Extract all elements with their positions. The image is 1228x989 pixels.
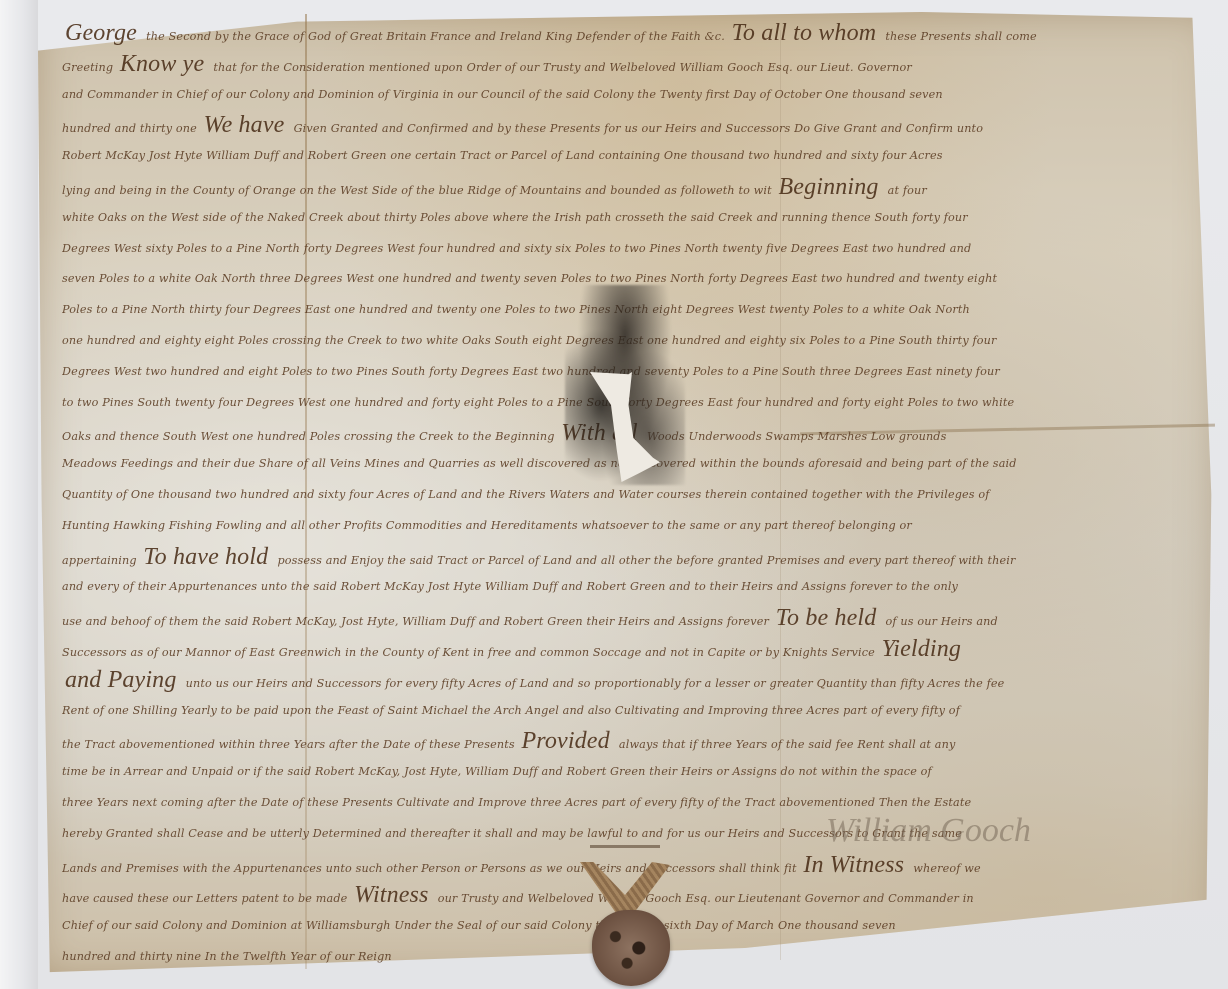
- line-text: our Trusty and Welbeloved William Gooch …: [438, 892, 974, 905]
- line-text: Quantity of One thousand two hundred and…: [62, 488, 990, 501]
- engrossed-heading: and Paying: [62, 667, 186, 693]
- line-text: Poles to a Pine North thirty four Degree…: [62, 303, 970, 316]
- line-text: and Commander in Chief of our Colony and…: [62, 88, 943, 101]
- line-text: at four: [888, 184, 927, 197]
- line-text: seven Poles to a white Oak North three D…: [62, 272, 997, 285]
- text-line: appertaining To have hold possess and En…: [62, 542, 1202, 573]
- line-text: appertaining: [62, 554, 140, 567]
- line-text: Chief of our said Colony and Dominion at…: [62, 919, 896, 932]
- line-text: unto us our Heirs and Successors for eve…: [186, 677, 1005, 690]
- text-line: three Years next coming after the Date o…: [62, 788, 1202, 819]
- text-line: George the Second by the Grace of God of…: [62, 18, 1202, 49]
- line-text: Greeting: [62, 61, 117, 74]
- text-line: and every of their Appurtenances unto th…: [62, 572, 1202, 603]
- engrossed-heading: Yielding: [879, 636, 964, 662]
- text-line: Successors as of our Mannor of East Gree…: [62, 634, 1202, 665]
- seal-slit: [590, 845, 660, 848]
- text-line: use and behoof of them the said Robert M…: [62, 603, 1202, 634]
- line-text: Rent of one Shilling Yearly to be paid u…: [62, 704, 960, 717]
- text-line: Hunting Hawking Fishing Fowling and all …: [62, 511, 1202, 542]
- line-text: these Presents shall come: [885, 30, 1036, 43]
- text-line: and Paying unto us our Heirs and Success…: [62, 665, 1202, 696]
- text-line: and Commander in Chief of our Colony and…: [62, 80, 1202, 111]
- line-text: that for the Consideration mentioned upo…: [213, 61, 912, 74]
- governor-signature: William Gooch: [826, 812, 1031, 850]
- line-text: and every of their Appurtenances unto th…: [62, 580, 958, 593]
- line-text: Successors as of our Mannor of East Gree…: [62, 646, 879, 659]
- text-line: Lands and Premises with the Appurtenance…: [62, 850, 1202, 881]
- line-text: Robert McKay Jost Hyte William Duff and …: [62, 149, 943, 162]
- text-line: Greeting Know ye that for the Considerat…: [62, 49, 1202, 80]
- line-text: Meadows Feedings and their due Share of …: [62, 457, 1017, 470]
- line-text: hundred and thirty nine In the Twelfth Y…: [62, 950, 392, 963]
- text-line: white Oaks on the West side of the Naked…: [62, 203, 1202, 234]
- text-line: lying and being in the County of Orange …: [62, 172, 1202, 203]
- line-text: whereof we: [913, 862, 981, 875]
- engrossed-heading: To all to whom: [729, 20, 886, 46]
- engrossed-heading: Beginning: [776, 174, 888, 200]
- line-text: use and behoof of them the said Robert M…: [62, 615, 773, 628]
- line-text: lying and being in the County of Orange …: [62, 184, 776, 197]
- engrossed-heading: Provided: [518, 728, 618, 754]
- line-text: time be in Arrear and Unpaid or if the s…: [62, 765, 932, 778]
- engrossed-heading: Know ye: [117, 51, 214, 77]
- line-text: Degrees West sixty Poles to a Pine North…: [62, 242, 971, 255]
- line-text: Given Granted and Confirmed and by these…: [294, 122, 984, 135]
- engrossed-heading: To be held: [773, 605, 886, 631]
- line-text: Degrees West two hundred and eight Poles…: [62, 365, 1000, 378]
- line-text: white Oaks on the West side of the Naked…: [62, 211, 968, 224]
- engrossed-heading: In Witness: [800, 852, 913, 878]
- frame-glass-edge: [0, 0, 38, 989]
- line-text: hundred and thirty one: [62, 122, 201, 135]
- grant-text: George the Second by the Grace of God of…: [62, 18, 1202, 973]
- line-text: three Years next coming after the Date o…: [62, 796, 971, 809]
- engrossed-heading: To have hold: [140, 544, 277, 570]
- line-text: Oaks and thence South West one hundred P…: [62, 430, 558, 443]
- line-text: possess and Enjoy the said Tract or Parc…: [277, 554, 1015, 567]
- line-text: have caused these our Letters patent to …: [62, 892, 351, 905]
- line-text: Woods Underwoods Swamps Marshes Low grou…: [647, 430, 947, 443]
- line-text: Lands and Premises with the Appurtenance…: [62, 862, 800, 875]
- line-text: the Second by the Grace of God of Great …: [146, 30, 728, 43]
- text-line: Degrees West sixty Poles to a Pine North…: [62, 234, 1202, 265]
- engrossed-heading: We have: [201, 112, 294, 138]
- line-text: the Tract abovementioned within three Ye…: [62, 738, 518, 751]
- line-text: to two Pines South twenty four Degrees W…: [62, 396, 1014, 409]
- wax-seal-icon: [592, 910, 670, 986]
- engrossed-heading: George: [62, 20, 146, 46]
- text-line: Robert McKay Jost Hyte William Duff and …: [62, 141, 1202, 172]
- text-line: Rent of one Shilling Yearly to be paid u…: [62, 696, 1202, 727]
- text-line: the Tract abovementioned within three Ye…: [62, 726, 1202, 757]
- line-text: of us our Heirs and: [886, 615, 998, 628]
- line-text: always that if three Years of the said f…: [619, 738, 956, 751]
- text-line: time be in Arrear and Unpaid or if the s…: [62, 757, 1202, 788]
- text-line: hundred and thirty one We have Given Gra…: [62, 110, 1202, 141]
- line-text: one hundred and eighty eight Poles cross…: [62, 334, 997, 347]
- engrossed-heading: Witness: [351, 882, 438, 908]
- line-text: Hunting Hawking Fishing Fowling and all …: [62, 519, 912, 532]
